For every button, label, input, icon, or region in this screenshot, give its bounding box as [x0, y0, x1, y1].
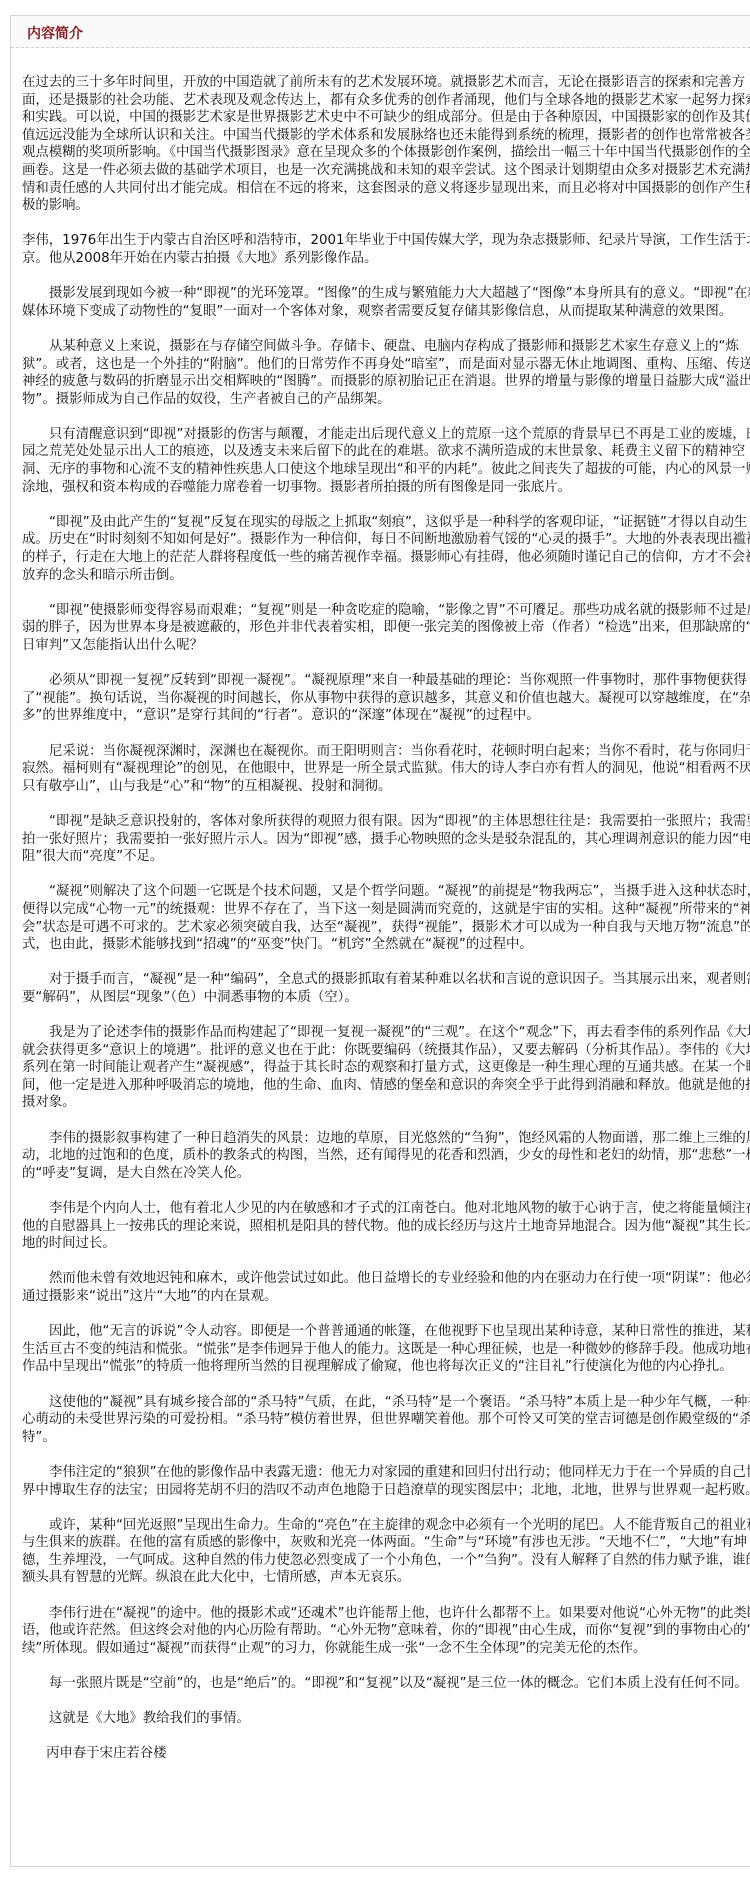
- paragraph: 只有清醒意识到“即视”对摄影的伤害与颠覆，才能走出后现代意义上的荒原一这个荒原的…: [22, 426, 750, 496]
- signature: 丙申春于宋庄若谷楼: [46, 1745, 750, 1763]
- paragraph: 从某种意义上来说，摄影在与存储空间做斗争。存储卡、硬盘、电脑内存构成了摄影师和摄…: [22, 338, 750, 408]
- paragraph: 摄影发展到现如今被一种“即视”的光环笼罩。“图像”的生成与繁殖能力大大超越了“图…: [22, 285, 750, 320]
- paragraph: 对于摄手而言，“凝视”是一种“编码”，全息式的摄影抓取有着某种难以名状和言说的意…: [22, 971, 750, 1006]
- paragraph: 尼采说：当你凝视深渊时，深渊也在凝视你。而王阳明则言：当你看花时，花顿时明白起来…: [22, 743, 750, 796]
- panel-body: 在过去的三十多年时间里，开放的中国造就了前所未有的艺术发展环境。就摄影艺术而言，…: [11, 48, 750, 1763]
- content-intro-panel: 内容简介 在过去的三十多年时间里，开放的中国造就了前所未有的艺术发展环境。就摄影…: [10, 15, 750, 1867]
- paragraph: 因此，他“无言的诉说”令人动容。即便是一个普普通通的帐篷，在他视野下也呈现出某种…: [22, 1323, 750, 1376]
- paragraph: 在过去的三十多年时间里，开放的中国造就了前所未有的艺术发展环境。就摄影艺术而言，…: [22, 74, 750, 215]
- paragraph: 李伟，1976年出生于内蒙古自治区呼和浩特市，2001年毕业于中国传媒大学，现为…: [22, 232, 750, 267]
- paragraph: 李伟的摄影叙事构建了一种日趋消失的风景：边地的草原，目光悠然的“刍狗”，饱经风霜…: [22, 1130, 750, 1183]
- paragraph: “凝视”则解决了这个问题一它既是个技术问题，又是个哲学问题。“凝视”的前提是“物…: [22, 883, 750, 953]
- paragraph: 必须从“即视一复视”反转到“即视一凝视”。“凝视原理”来自一种最基础的理论：当你…: [22, 672, 750, 725]
- paragraph: 李伟行进在“凝视”的途中。他的摄影术或“还魂术”也许能帮上他，也许什么都帮不上。…: [22, 1605, 750, 1658]
- paragraph: “即视”使摄影师变得容易而艰难；“复视”则是一种贪吃症的隐喻，“影像之胃”不可餍…: [22, 602, 750, 655]
- paragraph: 李伟注定的“狼狈”在他的影像作品中表露无遗：他无力对家园的重建和回归付出行动；他…: [22, 1464, 750, 1499]
- paragraph: 然而他未曾有效地迟钝和麻木，或许他尝试过如此。他日益增长的专业经验和他的内在驱动…: [22, 1270, 750, 1305]
- paragraph: 或许，某种“回光返照”呈现出生命力。生命的“亮色”在主旋律的观念中必须有一个光明…: [22, 1517, 750, 1587]
- paragraph: 这使他的“凝视”具有城乡接合部的“杀马特”气质，在此，“杀马特”是一个褒语。“杀…: [22, 1394, 750, 1447]
- paragraph: “即视”是缺乏意识投射的，客体对象所获得的观照力很有限。因为“即视”的主体思想往…: [22, 813, 750, 866]
- panel-title: 内容简介: [27, 23, 83, 43]
- paragraph: 李伟是个内向人士，他有着北人少见的内在敏感和才子式的江南苍白。他对北地风物的敏于…: [22, 1200, 750, 1253]
- panel-header: 内容简介: [11, 16, 750, 48]
- paragraph: 每一张照片既是“空前”的，也是“绝后”的。“即视”和“复视”以及“凝视”是三位一…: [22, 1675, 750, 1693]
- paragraph: “即视”及由此产生的“复视”反复在现实的母版之上抓取“刻痕”，这似乎是一种科学的…: [22, 514, 750, 584]
- paragraph: 这就是《大地》教给我们的事情。: [22, 1710, 750, 1728]
- paragraph: 我是为了论述李伟的摄影作品而构建起了“即视一复视一凝视”的“三观”。在这个“观念…: [22, 1024, 750, 1112]
